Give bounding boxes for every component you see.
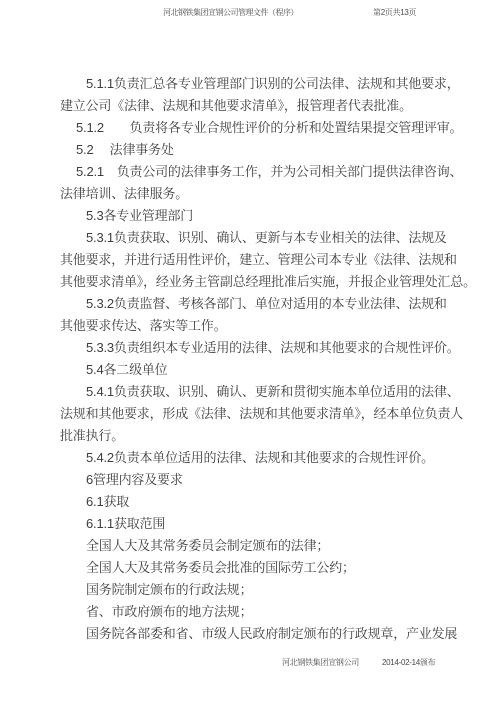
body-text-line: 5.3.3负责组织本专业适用的法律、法规和其他要求的合规性评价。 [60,337,448,359]
body-text-line: 省、市政府颁布的地方法规； [60,601,448,623]
body-text-line: 建立公司《法律、法规和其他要求清单》，报管理者代表批准。 [60,95,448,117]
body-text-line: 全国人大及其常务委员会制定颁布的法律； [60,535,448,557]
body-text-line: 国务院制定颁布的行政法规； [60,579,448,601]
body-text-line: 5.1.1负责汇总各专业管理部门识别的公司法律、法规和其他要求， [60,73,448,95]
body-text-line: 6管理内容及要求 [60,469,448,491]
body-text-line: 5.4.1负责获取、识别、确认、更新和贯彻实施本单位适用的法律、 [60,381,448,403]
body-text-line: 5.3.2负责监督、考核各部门、单位对适用的本专业法律、法规和 [60,293,448,315]
body-text-line: 5.2.1 负责公司的法律事务工作，并为公司相关部门提供法律咨询、 [60,161,448,183]
body-text-line: 批准执行。 [60,425,448,447]
body-text-line: 5.1.2 负责将各专业合规性评价的分析和处置结果提交管理评审。 [60,117,448,139]
footer-company-name: 河北钢铁集团宣钢公司 [282,657,359,668]
body-text-line: 法规和其他要求，形成《法律、法规和其他要求清单》，经本单位负责人 [60,403,448,425]
footer-issue-date: 2014-02-14颁布 [382,657,435,668]
body-text-line: 5.3各专业管理部门 [60,205,448,227]
body-text-line: 其他要求清单》，经业务主管副总经理批准后实施，并报企业管理处汇总。 [60,271,448,293]
body-text-line: 其他要求传达、落实等工作。 [60,315,448,337]
body-text-line: 5.4各二级单位 [60,359,448,381]
body-text-line: 全国人大及其常务委员会批准的国际劳工公约； [60,557,448,579]
document-page: 河北钢铁集团宣钢公司管理文件（程序） 第2页共13页 5.1.1负责汇总各专业管… [0,0,500,708]
document-title: 河北钢铁集团宣钢公司管理文件（程序） [163,7,298,18]
body-text-line: 6.1.1获取范围 [60,513,448,535]
body-text-line: 国务院各部委和省、市级人民政府制定颁布的行政规章，产业发展 [60,623,448,645]
body-text-line: 法律培训、法律服务。 [60,183,448,205]
page-footer: 河北钢铁集团宣钢公司 2014-02-14颁布 [0,657,500,671]
body-text-line: 其他要求，并进行适用性评价，建立、管理公司本专业《法律、法规和 [60,249,448,271]
page-header: 河北钢铁集团宣钢公司管理文件（程序） 第2页共13页 [0,7,500,21]
page-number-indicator: 第2页共13页 [373,7,416,18]
body-text-line: 5.2 法律事务处 [60,139,448,161]
document-body: 5.1.1负责汇总各专业管理部门识别的公司法律、法规和其他要求，建立公司《法律、… [60,73,448,645]
body-text-line: 5.3.1负责获取、识别、确认、更新与本专业相关的法律、法规及 [60,227,448,249]
body-text-line: 5.4.2负责本单位适用的法律、法规和其他要求的合规性评价。 [60,447,448,469]
body-text-line: 6.1获取 [60,491,448,513]
